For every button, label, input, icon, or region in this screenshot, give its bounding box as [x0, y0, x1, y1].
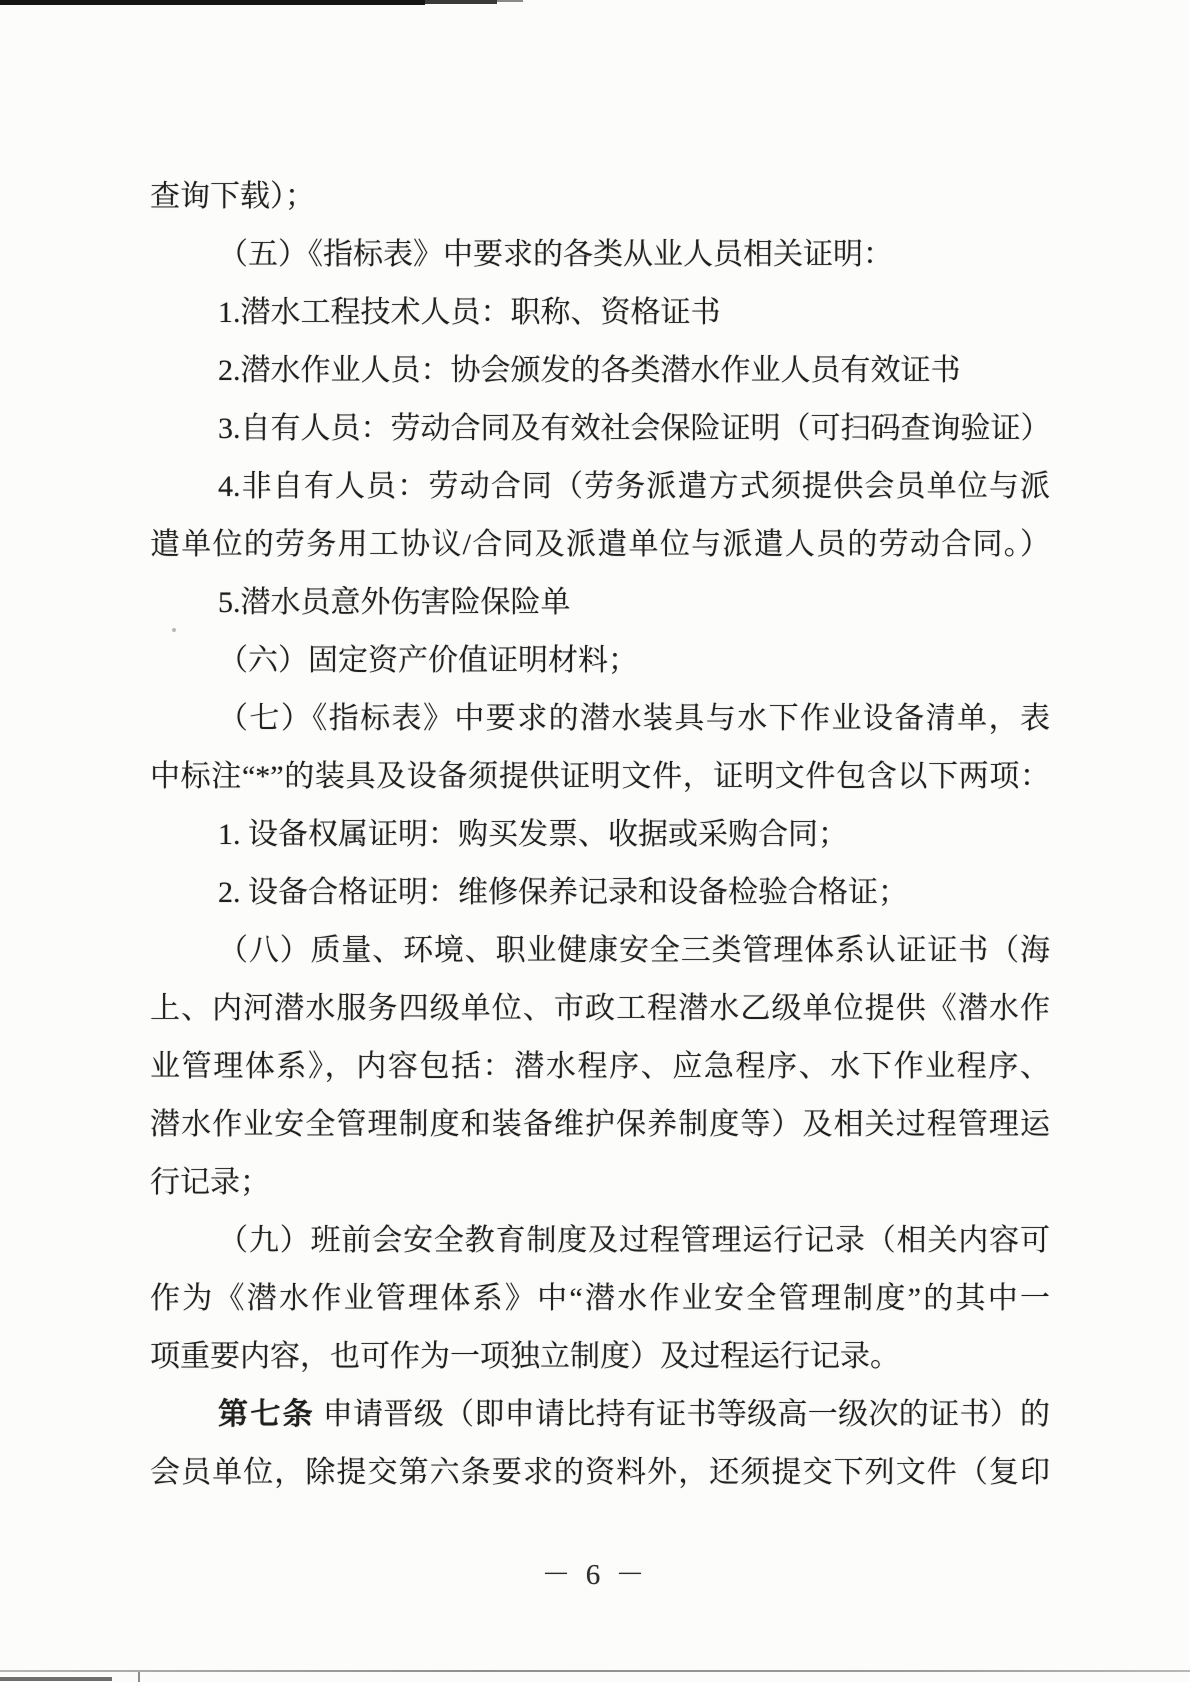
text-line: 3.自有人员：劳动合同及有效社会保险证明（可扫码查询验证） [150, 400, 1050, 458]
scan-noise-dot [172, 628, 176, 632]
document-body: 查询下载）；（五）《指标表》中要求的各类从业人员相关证明：1.潜水工程技术人员：… [150, 168, 1050, 1502]
text-line: （八）质量、环境、职业健康安全三类管理体系认证证书（海 [150, 922, 1050, 980]
scan-artifact-bottom-line [0, 1670, 1190, 1672]
scan-artifact-top [0, 0, 425, 5]
page-number: － 6 － [0, 1552, 1190, 1593]
text-line: 4.非自有人员：劳动合同（劳务派遣方式须提供会员单位与派 [150, 458, 1050, 516]
text-line: 5.潜水员意外伤害险保险单 [150, 574, 1050, 632]
text-line: 作为《潜水作业管理体系》中“潜水作业安全管理制度”的其中一 [150, 1270, 1050, 1328]
text-line: 潜水作业安全管理制度和装备维护保养制度等）及相关过程管理运 [150, 1096, 1050, 1154]
text-line: （六）固定资产价值证明材料； [150, 632, 1050, 690]
text-line: 1. 设备权属证明：购买发票、收据或采购合同； [150, 806, 1050, 864]
text-line: 2. 设备合格证明：维修保养记录和设备检验合格证； [150, 864, 1050, 922]
text-line: 项重要内容，也可作为一项独立制度）及过程运行记录。 [150, 1328, 1050, 1386]
text-line: 行记录； [150, 1154, 1050, 1212]
article-number: 第七条 [218, 1398, 315, 1431]
text-line: 2.潜水作业人员：协会颁发的各类潜水作业人员有效证书 [150, 342, 1050, 400]
text-line: 查询下载）； [150, 168, 1050, 226]
text-line: 遣单位的劳务用工协议/合同及派遣单位与派遣人员的劳动合同。） [150, 516, 1050, 574]
text-line: （五）《指标表》中要求的各类从业人员相关证明： [150, 226, 1050, 284]
scan-artifact-bottom-segment [0, 1677, 112, 1681]
scan-artifact-top-3 [497, 0, 523, 2]
text-line: 会员单位，除提交第六条要求的资料外，还须提交下列文件（复印 [150, 1444, 1050, 1502]
document-page: 查询下载）；（五）《指标表》中要求的各类从业人员相关证明：1.潜水工程技术人员：… [0, 0, 1190, 1682]
scan-artifact-bottom-tick [138, 1672, 140, 1682]
text-line: 上、内河潜水服务四级单位、市政工程潜水乙级单位提供《潜水作 [150, 980, 1050, 1038]
text-line: 业管理体系》，内容包括：潜水程序、应急程序、水下作业程序、 [150, 1038, 1050, 1096]
text-line: 中标注“*”的装具及设备须提供证明文件，证明文件包含以下两项： [150, 748, 1050, 806]
text-line: 1.潜水工程技术人员：职称、资格证书 [150, 284, 1050, 342]
scan-artifact-top-2 [425, 0, 497, 4]
text-line: （七）《指标表》中要求的潜水装具与水下作业设备清单，表 [150, 690, 1050, 748]
text-line: （九）班前会安全教育制度及过程管理运行记录（相关内容可 [150, 1212, 1050, 1270]
text-line: 第七条 申请晋级（即申请比持有证书等级高一级次的证书）的 [150, 1386, 1050, 1444]
